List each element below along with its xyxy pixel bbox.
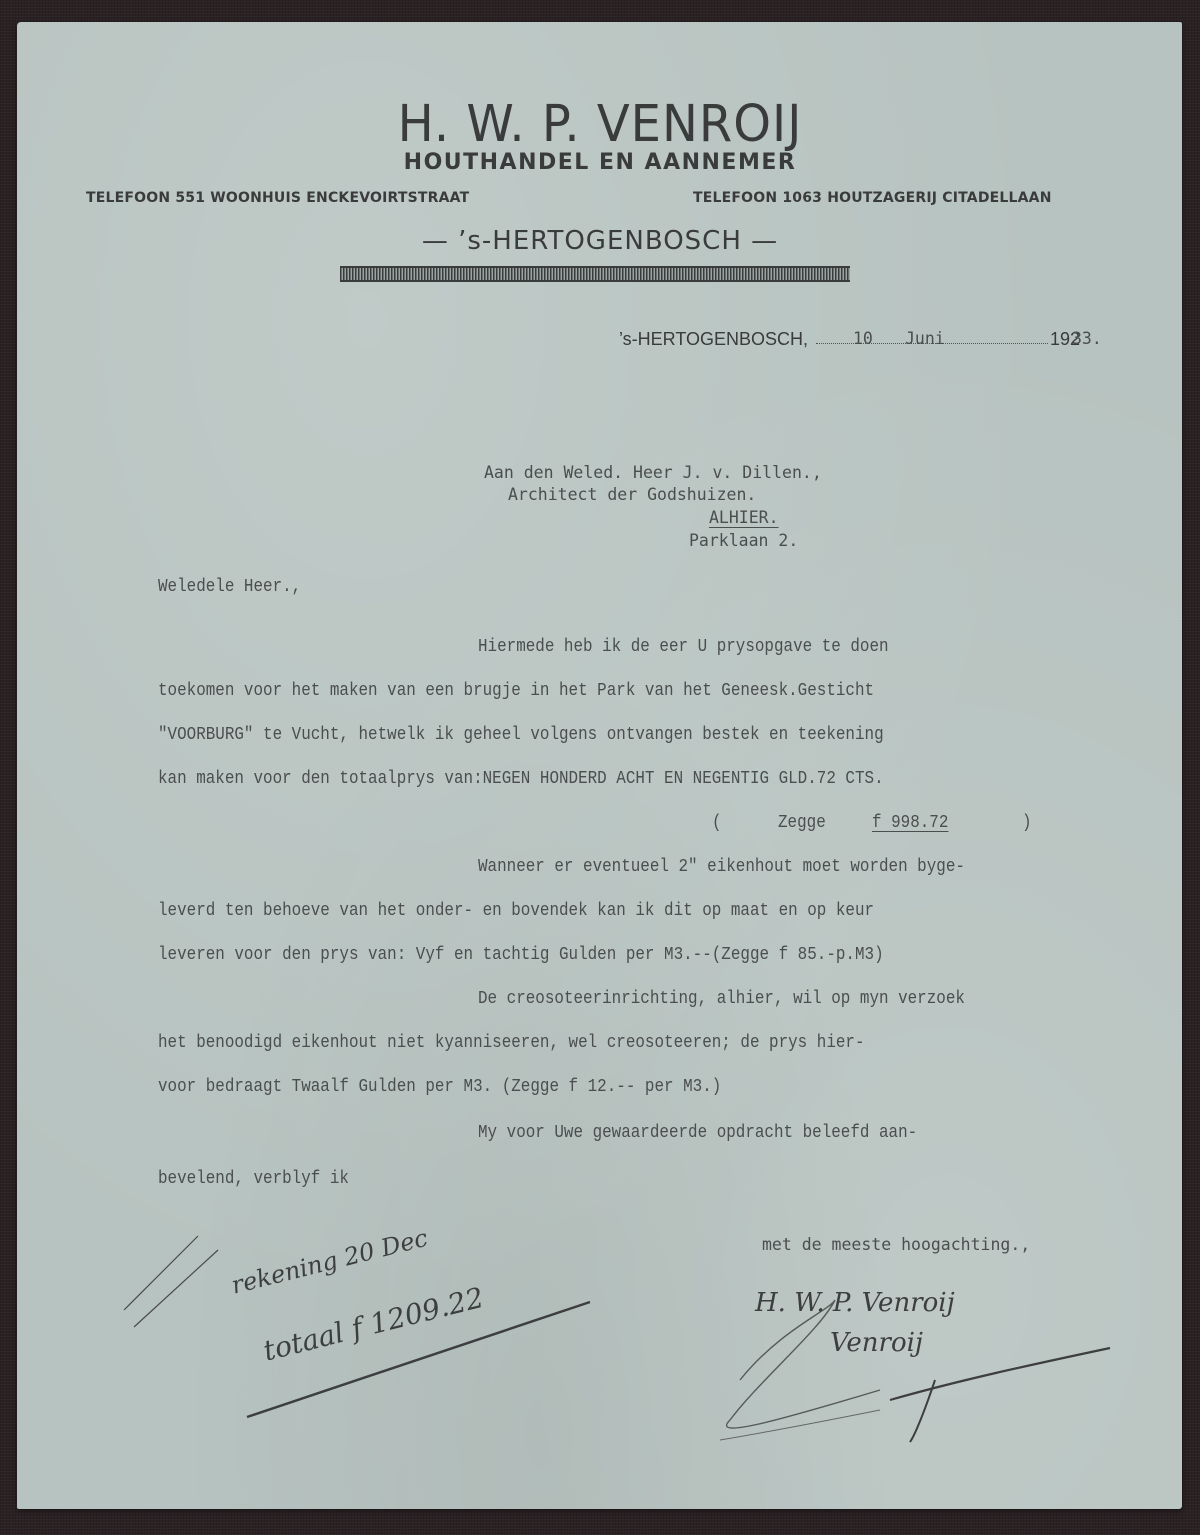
body-line: Wanneer er eventueel 2" eikenhout moet w… — [478, 856, 965, 877]
letterhead-city: — ’s-HERTOGENBOSCH — — [0, 226, 1200, 256]
signature-line-2: Venroij — [830, 1328, 923, 1358]
date-day: 10 — [853, 329, 873, 348]
salutation: Weledele Heer., — [158, 576, 301, 597]
contact-left: TELEFOON 551 WOONHUIS ENCKEVOIRTSTRAAT — [86, 190, 469, 206]
closing: met de meeste hoogachting., — [762, 1235, 1030, 1254]
address-line-4: Parklaan 2. — [689, 531, 798, 550]
company-name: H. W. P. VENROIJ — [0, 95, 1200, 154]
body-line: De creosoteerinrichting, alhier, wil op … — [478, 988, 965, 1009]
date-year-typed: 33. — [1072, 329, 1102, 348]
body-line: het benoodigd eikenhout niet kyanniseere… — [158, 1032, 865, 1053]
address-line-3: ALHIER. — [709, 508, 779, 527]
amount-open-paren: ( — [712, 812, 722, 833]
body-line: "VOORBURG" te Vucht, hetwelk ik geheel v… — [158, 724, 884, 745]
letterhead-rule — [340, 266, 850, 282]
body-line: Hiermede heb ik de eer U prysopgave te d… — [478, 636, 889, 657]
body-line: kan maken voor den totaalprys van:NEGEN … — [158, 768, 884, 789]
contact-right: TELEFOON 1063 HOUTZAGERIJ CITADELLAAN — [693, 190, 1052, 206]
address-line-2: Architect der Godshuizen. — [508, 485, 756, 504]
body-line: My voor Uwe gewaardeerde opdracht beleef… — [478, 1122, 917, 1143]
date-city: ’s-HERTOGENBOSCH, — [619, 329, 808, 350]
amount-label: Zegge — [778, 812, 826, 833]
amount-close-paren: ) — [1022, 812, 1032, 833]
body-line: toekomen voor het maken van een brugje i… — [158, 680, 874, 701]
date-month: Juni — [905, 329, 945, 348]
company-subtitle: HOUTHANDEL EN AANNEMER — [0, 150, 1200, 175]
body-line: leverd ten behoeve van het onder- en bov… — [158, 900, 874, 921]
address-line-1: Aan den Weled. Heer J. v. Dillen., — [484, 463, 822, 482]
amount-value: f 998.72 — [872, 812, 948, 833]
body-line: leveren voor den prys van: Vyf en tachti… — [158, 944, 884, 965]
signature-line-1: H. W. P. Venroij — [755, 1288, 955, 1318]
body-line: bevelend, verblyf ik — [158, 1168, 349, 1189]
body-line: voor bedraagt Twaalf Gulden per M3. (Zeg… — [158, 1076, 721, 1097]
